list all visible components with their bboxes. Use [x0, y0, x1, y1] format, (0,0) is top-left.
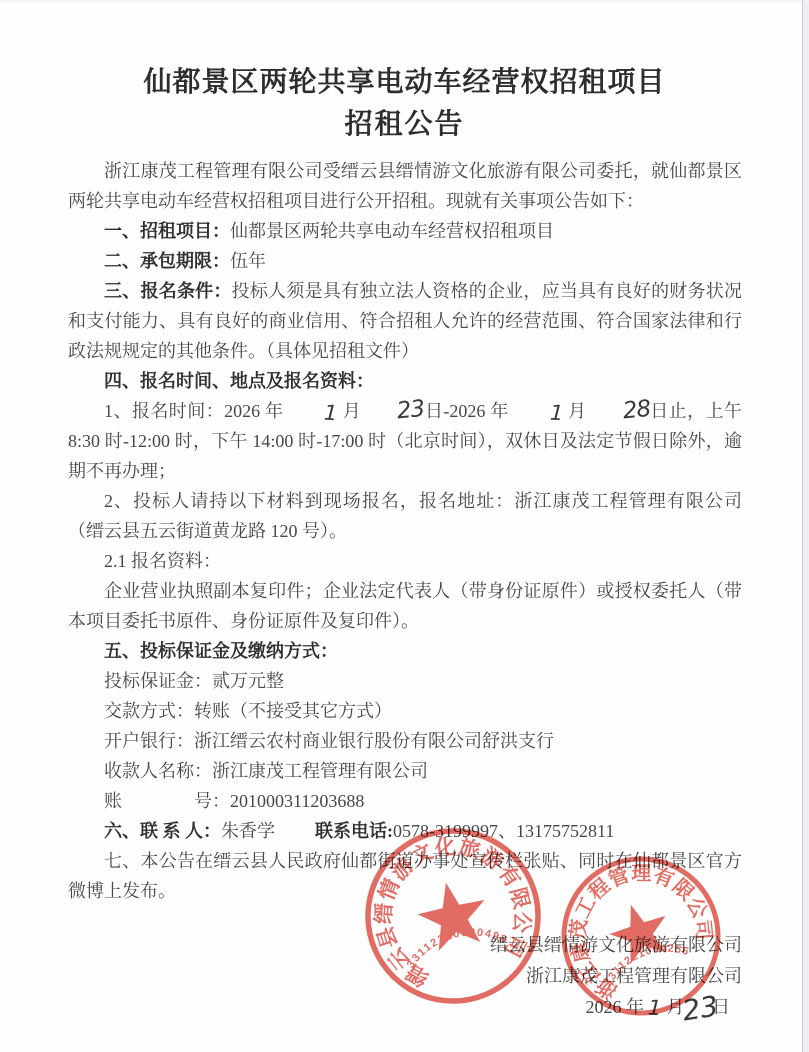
phone-label: 联系电话: [315, 821, 393, 841]
signature-date: 2026 年 1 月23日 [0, 992, 742, 1023]
item-6-label: 六、联 系 人： [104, 821, 221, 841]
para-payee: 收款人名称：浙江康茂工程管理有限公司 [68, 756, 742, 786]
item-6: 六、联 系 人：朱香学联系电话:0578-3199997、13175752811 [68, 816, 742, 846]
item-5-label: 五、投标保证金及缴纳方式： [104, 641, 338, 661]
account-text: 账 号：201000311203688 [104, 791, 364, 811]
para-time: 1、报名时间：2026 年 1 月23日-2026 年 1 月28日止，上午 8… [68, 396, 742, 486]
time-text-mid1: 月 [338, 401, 361, 421]
phone-numbers: 0578-3199997、13175752811 [393, 821, 614, 841]
item-4: 四、报名时间、地点及报名资料： [68, 366, 742, 396]
handwritten-sig-day: 23 [681, 992, 721, 1025]
item-4-label: 四、报名时间、地点及报名资料： [104, 371, 374, 391]
item-1-label: 一、招租项目： [104, 221, 230, 241]
signature-block: 缙云县缙情游文化旅游有限公司 浙江康茂工程管理有限公司 2026 年 1 月23… [0, 930, 742, 1023]
item-1-text: 仙都景区两轮共享电动车经营权招租项目 [230, 221, 554, 241]
time-text-pre: 1、报名时间：2026 年 [104, 401, 288, 421]
signature-company-1: 缙云县缙情游文化旅游有限公司 [0, 930, 742, 961]
signature-company-2: 浙江康茂工程管理有限公司 [0, 961, 742, 992]
item-7: 七、本公告在缙云县人民政府仙都街道办事处宣传栏张贴、同时在仙都景区官方微博上发布… [68, 846, 742, 906]
page: 仙都景区两轮共享电动车经营权招租项目 招租公告 浙江康茂工程管理有限公司受缙云县… [0, 0, 809, 1052]
time-text-mid3: 月 [563, 401, 586, 421]
para-deposit: 投标保证金：贰万元整 [68, 666, 742, 696]
item-2: 二、承包期限：伍年 [68, 246, 742, 276]
deposit-text: 投标保证金：贰万元整 [104, 671, 284, 691]
item-3-label: 三、报名条件： [104, 281, 232, 301]
handwritten-month-2: 1 [513, 401, 563, 425]
para-bank: 开户银行：浙江缙云农村商业银行股份有限公司舒洪支行 [68, 726, 742, 756]
para-intro: 浙江康茂工程管理有限公司受缙云县缙情游文化旅游有限公司委托，就仙都景区两轮共享电… [68, 156, 742, 216]
payee-text: 收款人名称：浙江康茂工程管理有限公司 [104, 761, 428, 781]
material-head-text: 2.1 报名资料： [104, 551, 221, 571]
handwritten-day-1: 23 [360, 398, 425, 427]
item-7-text: 七、本公告在缙云县人民政府仙都街道办事处宣传栏张贴、同时在仙都景区官方微博上发布… [68, 851, 742, 901]
scan-edge-right [802, 0, 809, 1052]
para-place: 2、投标人请持以下材料到现场报名，报名地址：浙江康茂工程管理有限公司（缙云县五云… [68, 486, 742, 546]
time-text-mid2: 日-2026 年 [425, 401, 514, 421]
para-account: 账 号：201000311203688 [68, 786, 742, 816]
item-5: 五、投标保证金及缴纳方式： [68, 636, 742, 666]
item-2-text: 伍年 [230, 251, 266, 271]
handwritten-day-2: 28 [585, 398, 650, 427]
material-text: 企业营业执照副本复印件；企业法定代表人（带身份证原件）或授权委托人（带本项目委托… [68, 581, 742, 631]
item-2-label: 二、承包期限： [104, 251, 230, 271]
para-material: 企业营业执照副本复印件；企业法定代表人（带身份证原件）或授权委托人（带本项目委托… [68, 576, 742, 636]
place-text: 2、投标人请持以下材料到现场报名，报名地址：浙江康茂工程管理有限公司（缙云县五云… [68, 491, 742, 541]
scan-edge-top [0, 0, 809, 2]
doc-title: 仙都景区两轮共享电动车经营权招租项目 [40, 64, 769, 102]
para-payment: 交款方式：转账（不接受其它方式） [68, 696, 742, 726]
doc-subtitle: 招租公告 [40, 106, 769, 144]
para-material-head: 2.1 报名资料： [68, 546, 742, 576]
handwritten-month-1: 1 [288, 401, 338, 425]
item-3: 三、报名条件：投标人须是具有独立法人资格的企业，应当具有良好的财务状况和支付能力… [68, 276, 742, 366]
sig-date-pre: 2026 年 [585, 997, 648, 1017]
handwritten-sig-month: 1 [648, 998, 662, 1020]
doc-body: 浙江康茂工程管理有限公司受缙云县缙情游文化旅游有限公司委托，就仙都景区两轮共享电… [68, 156, 742, 906]
intro-text: 浙江康茂工程管理有限公司受缙云县缙情游文化旅游有限公司委托，就仙都景区两轮共享电… [68, 161, 742, 211]
payment-text: 交款方式：转账（不接受其它方式） [104, 701, 392, 721]
contact-name: 朱香学 [221, 821, 275, 841]
item-1: 一、招租项目：仙都景区两轮共享电动车经营权招租项目 [68, 216, 742, 246]
bank-text: 开户银行：浙江缙云农村商业银行股份有限公司舒洪支行 [104, 731, 554, 751]
